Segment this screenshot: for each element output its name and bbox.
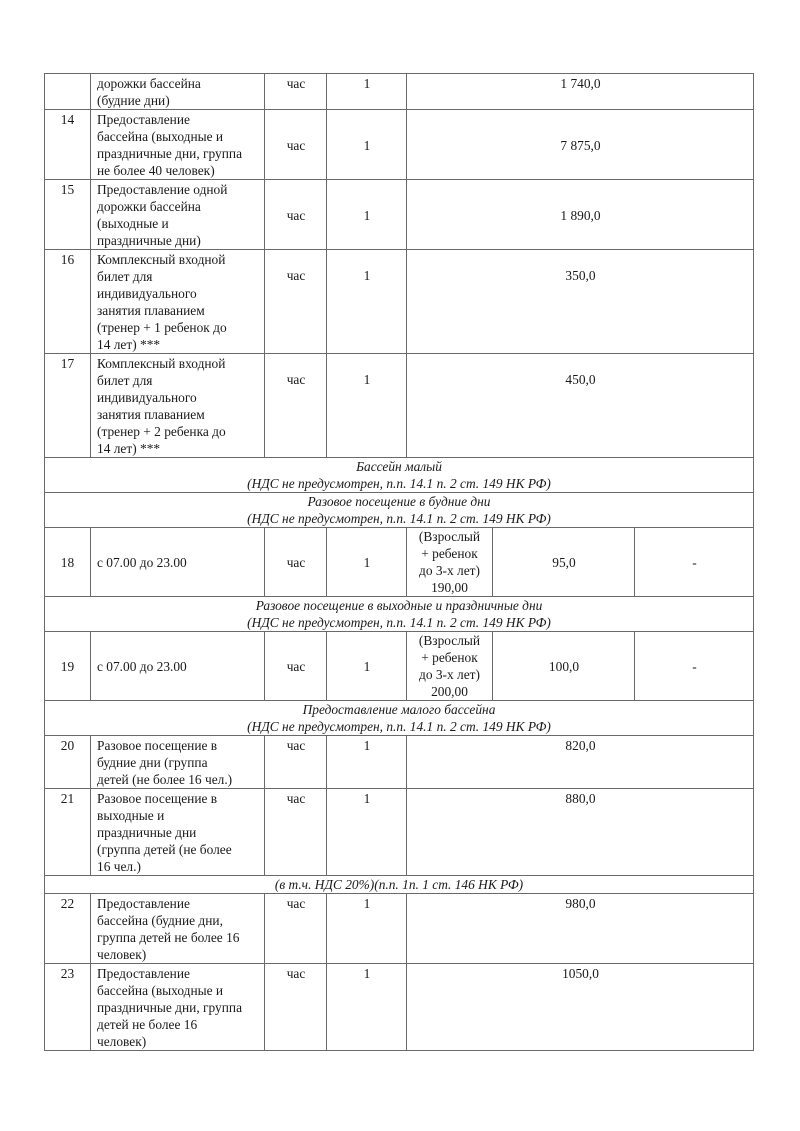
table-row: 22Предоставлениебассейна (будние дни,гру… (45, 894, 754, 964)
quantity: 1 (327, 180, 407, 250)
description-line: 16 чел.) (97, 858, 259, 875)
quantity: 1 (327, 528, 407, 597)
price: 1 740,0 (407, 74, 754, 110)
section-header: Разовое посещение в будние дни(НДС не пр… (45, 493, 754, 528)
description-line: группа детей не более 16 (97, 929, 259, 946)
description-line: не более 40 человек) (97, 162, 259, 179)
description-line: праздничные дни) (97, 232, 259, 249)
table-row: дорожки бассейна(будние дни)час11 740,0 (45, 74, 754, 110)
extra-value: - (635, 528, 754, 597)
section-title: Предоставление малого бассейна (49, 701, 749, 718)
price: 100,0 (493, 632, 635, 701)
price: 980,0 (407, 894, 754, 964)
quantity: 1 (327, 894, 407, 964)
description-line: праздничные дни, группа (97, 145, 259, 162)
unit: час (265, 354, 327, 458)
extra-value: - (635, 632, 754, 701)
section-title: Бассейн малый (49, 458, 749, 475)
description-line: человек) (97, 1033, 259, 1050)
description-line: билет для (97, 268, 259, 285)
price: 1 890,0 (407, 180, 754, 250)
combo-line: (Взрослый (409, 528, 490, 545)
description-line: Предоставление (97, 111, 259, 128)
unit: час (265, 528, 327, 597)
price: 7 875,0 (407, 110, 754, 180)
section-vat-note: (НДС не предусмотрен, п.п. 14.1 п. 2 ст.… (49, 510, 749, 527)
description-line: праздничные дни (97, 824, 259, 841)
section-title: Разовое посещение в будние дни (49, 493, 749, 510)
price: 880,0 (407, 789, 754, 876)
row-number: 23 (45, 964, 91, 1051)
description-line: Комплексный входной (97, 251, 259, 268)
section-title: Разовое посещение в выходные и праздничн… (49, 597, 749, 614)
section-header-row: Бассейн малый(НДС не предусмотрен, п.п. … (45, 458, 754, 493)
description-line: Разовое посещение в (97, 737, 259, 754)
quantity: 1 (327, 354, 407, 458)
service-description: Предоставлениебассейна (выходные ипраздн… (91, 964, 265, 1051)
service-description: Разовое посещение ввыходные ипраздничные… (91, 789, 265, 876)
row-number: 19 (45, 632, 91, 701)
description-line: Предоставление одной (97, 181, 259, 198)
description-line: Разовое посещение в (97, 790, 259, 807)
unit: час (265, 110, 327, 180)
section-header-row: Разовое посещение в выходные и праздничн… (45, 597, 754, 632)
description-line: бассейна (будние дни, (97, 912, 259, 929)
service-description: Комплексный входнойбилет дляиндивидуальн… (91, 354, 265, 458)
row-number: 22 (45, 894, 91, 964)
section-header: Предоставление малого бассейна(НДС не пр… (45, 701, 754, 736)
quantity: 1 (327, 74, 407, 110)
service-description: Комплексный входнойбилет дляиндивидуальн… (91, 250, 265, 354)
description-line: 14 лет) *** (97, 336, 259, 353)
description-line: выходные и (97, 807, 259, 824)
row-number: 18 (45, 528, 91, 597)
section-vat-note: (НДС не предусмотрен, п.п. 14.1 п. 2 ст.… (49, 718, 749, 735)
table-row: 17Комплексный входнойбилет дляиндивидуал… (45, 354, 754, 458)
section-header: (в т.ч. НДС 20%)(п.п. 1п. 1 ст. 146 НК Р… (45, 876, 754, 894)
service-description: Предоставлениебассейна (будние дни,групп… (91, 894, 265, 964)
section-header-row: (в т.ч. НДС 20%)(п.п. 1п. 1 ст. 146 НК Р… (45, 876, 754, 894)
unit: час (265, 632, 327, 701)
section-header: Бассейн малый(НДС не предусмотрен, п.п. … (45, 458, 754, 493)
price: 350,0 (407, 250, 754, 354)
price: 450,0 (407, 354, 754, 458)
combo-line: 200,00 (409, 683, 490, 700)
service-description: Предоставление однойдорожки бассейна(вых… (91, 180, 265, 250)
quantity: 1 (327, 736, 407, 789)
description-line: индивидуального (97, 389, 259, 406)
row-number: 17 (45, 354, 91, 458)
description-line: (группа детей (не более (97, 841, 259, 858)
combo-line: (Взрослый (409, 632, 490, 649)
description-line: Предоставление (97, 965, 259, 982)
table-row: 14Предоставлениебассейна (выходные ипраз… (45, 110, 754, 180)
description-line: (будние дни) (97, 92, 259, 109)
combo-price: (Взрослый+ ребенокдо 3-х лет)200,00 (407, 632, 493, 701)
description-line: (выходные и (97, 215, 259, 232)
price-table: дорожки бассейна(будние дни)час11 740,01… (44, 73, 754, 1051)
table-row: 20Разовое посещение вбудние дни (группад… (45, 736, 754, 789)
description-line: (тренер + 2 ребенка до (97, 423, 259, 440)
service-description: дорожки бассейна(будние дни) (91, 74, 265, 110)
quantity: 1 (327, 250, 407, 354)
description-line: бассейна (выходные и (97, 982, 259, 999)
combo-line: + ребенок (409, 649, 490, 666)
unit: час (265, 250, 327, 354)
unit: час (265, 180, 327, 250)
price: 1050,0 (407, 964, 754, 1051)
price: 820,0 (407, 736, 754, 789)
service-description: Предоставлениебассейна (выходные ипраздн… (91, 110, 265, 180)
description-line: Предоставление (97, 895, 259, 912)
description-line: индивидуального (97, 285, 259, 302)
service-description: Разовое посещение вбудние дни (группадет… (91, 736, 265, 789)
row-number: 16 (45, 250, 91, 354)
description-line: человек) (97, 946, 259, 963)
quantity: 1 (327, 632, 407, 701)
description-line: занятия плаванием (97, 406, 259, 423)
combo-price: (Взрослый+ ребенокдо 3-х лет)190,00 (407, 528, 493, 597)
quantity: 1 (327, 789, 407, 876)
description-line: дорожки бассейна (97, 198, 259, 215)
table-row: 23Предоставлениебассейна (выходные ипраз… (45, 964, 754, 1051)
table-row: 15Предоставление однойдорожки бассейна(в… (45, 180, 754, 250)
combo-line: 190,00 (409, 579, 490, 596)
table-row: 19с 07.00 до 23.00час1(Взрослый+ ребенок… (45, 632, 754, 701)
table-row: 16Комплексный входнойбилет дляиндивидуал… (45, 250, 754, 354)
description-line: бассейна (выходные и (97, 128, 259, 145)
row-number: 15 (45, 180, 91, 250)
unit: час (265, 894, 327, 964)
description-line: (тренер + 1 ребенок до (97, 319, 259, 336)
section-title: (в т.ч. НДС 20%)(п.п. 1п. 1 ст. 146 НК Р… (49, 876, 749, 893)
service-description: с 07.00 до 23.00 (91, 528, 265, 597)
section-header-row: Предоставление малого бассейна(НДС не пр… (45, 701, 754, 736)
description-line: детей (не более 16 чел.) (97, 771, 259, 788)
section-header-row: Разовое посещение в будние дни(НДС не пр… (45, 493, 754, 528)
description-line: занятия плаванием (97, 302, 259, 319)
section-vat-note: (НДС не предусмотрен, п.п. 14.1 п. 2 ст.… (49, 614, 749, 631)
combo-line: + ребенок (409, 545, 490, 562)
description-line: праздничные дни, группа (97, 999, 259, 1016)
row-number: 21 (45, 789, 91, 876)
unit: час (265, 736, 327, 789)
service-description: с 07.00 до 23.00 (91, 632, 265, 701)
combo-line: до 3-х лет) (409, 666, 490, 683)
unit: час (265, 789, 327, 876)
row-number: 14 (45, 110, 91, 180)
description-line: дорожки бассейна (97, 75, 259, 92)
description-line: Комплексный входной (97, 355, 259, 372)
row-number (45, 74, 91, 110)
unit: час (265, 964, 327, 1051)
row-number: 20 (45, 736, 91, 789)
description-line: 14 лет) *** (97, 440, 259, 457)
table-row: 21Разовое посещение ввыходные ипраздничн… (45, 789, 754, 876)
table-row: 18с 07.00 до 23.00час1(Взрослый+ ребенок… (45, 528, 754, 597)
section-vat-note: (НДС не предусмотрен, п.п. 14.1 п. 2 ст.… (49, 475, 749, 492)
quantity: 1 (327, 964, 407, 1051)
combo-line: до 3-х лет) (409, 562, 490, 579)
section-header: Разовое посещение в выходные и праздничн… (45, 597, 754, 632)
description-line: билет для (97, 372, 259, 389)
description-line: будние дни (группа (97, 754, 259, 771)
unit: час (265, 74, 327, 110)
description-line: детей не более 16 (97, 1016, 259, 1033)
quantity: 1 (327, 110, 407, 180)
price: 95,0 (493, 528, 635, 597)
